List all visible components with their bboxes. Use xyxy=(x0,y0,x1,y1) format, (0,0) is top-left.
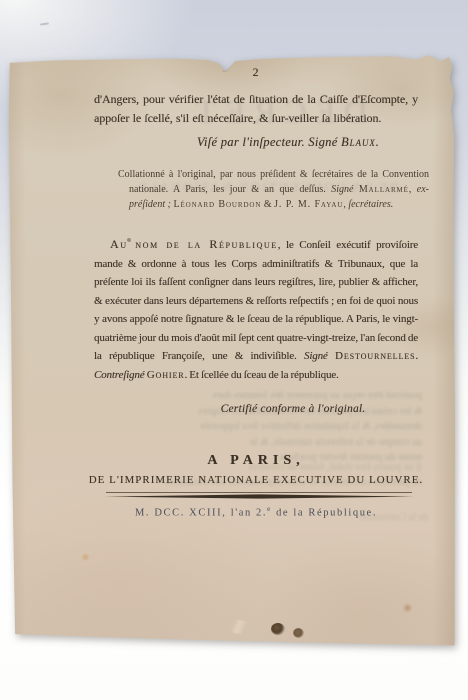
document-page: DÉCRET DE LA CONVENTION NATIONALE pourro… xyxy=(8,54,455,646)
bleed-line: demandées, & la liquidation définitive ſ… xyxy=(100,419,422,435)
signe-label: Signé xyxy=(304,350,335,362)
signatory-name-blaux: Blaux xyxy=(341,135,376,149)
contresigne-label: Contreſigné xyxy=(94,369,147,381)
foxing-spot xyxy=(293,628,304,638)
inspector-visa-line: Viſé par l'inſpecteur. Signé Blaux. xyxy=(168,135,408,150)
bleed-line: au compte de la tréſorerie nationale, & … xyxy=(100,435,422,451)
separator: , xyxy=(409,184,417,195)
bleed-line: pourront être reçus au payement des ſomm… xyxy=(100,388,422,404)
visa-end: . xyxy=(376,135,379,149)
execution-closing: . Et ſcellée du ſceau de la république. xyxy=(185,369,339,381)
au-nom-de-la-republique: Au nom de la République xyxy=(110,237,278,251)
visa-text: Viſé par l'inſpecteur. Signé xyxy=(197,135,341,149)
background-speck xyxy=(40,22,49,25)
certification-line: Certifié conforme à l'original. xyxy=(188,403,398,415)
continuation-paragraph: d'Angers, pour vérifier l'état de ſituat… xyxy=(94,90,418,127)
signatory-name-gohier: Gohier xyxy=(147,369,185,381)
execution-paragraph: Au nom de la République, le Conſeil exéc… xyxy=(94,235,418,384)
foxing-spot xyxy=(271,623,285,635)
foxing-spot xyxy=(81,553,90,561)
title-secretaires: ſecrétaires. xyxy=(348,199,393,210)
signatory-name-mallarme: Mallarmé xyxy=(359,184,409,195)
separator: & xyxy=(261,199,274,210)
imprint-city: A PARIS, xyxy=(94,453,418,469)
page-number: 2 xyxy=(94,65,418,80)
foxing-spot xyxy=(402,603,413,613)
bottom-edge-chip xyxy=(223,617,255,638)
date-suffix: de la République. xyxy=(272,508,377,519)
signatory-name-fayau: J. P. M. Fayau xyxy=(274,199,343,210)
separator: . xyxy=(415,350,418,362)
signatory-name-destournelles: Destournelles xyxy=(335,350,415,362)
execution-body: , le Conſeil exécutif proviſoire mande &… xyxy=(94,239,418,362)
swelled-rule xyxy=(104,491,414,501)
imprint-date-line: M. DCC. XCIII, l'an 2.e de la République… xyxy=(94,505,418,519)
collation-paragraph: Collationné à l'original, par nous préſi… xyxy=(118,167,429,212)
paper-shadow-wrap: DÉCRET DE LA CONVENTION NATIONALE pourro… xyxy=(8,54,455,646)
signatory-name-bourdon: Léonard Bourdon xyxy=(173,199,261,210)
photo-background: DÉCRET DE LA CONVENTION NATIONALE pourro… xyxy=(0,0,468,700)
top-edge-crease xyxy=(214,54,244,72)
imprint-printer: DE L'IMPRIMERIE NATIONALE EXECUTIVE DU L… xyxy=(78,474,434,486)
ink-speck xyxy=(127,238,131,242)
date-prefix: M. DCC. XCIII, l'an 2. xyxy=(135,508,267,519)
signe-label: Signé xyxy=(331,184,359,195)
